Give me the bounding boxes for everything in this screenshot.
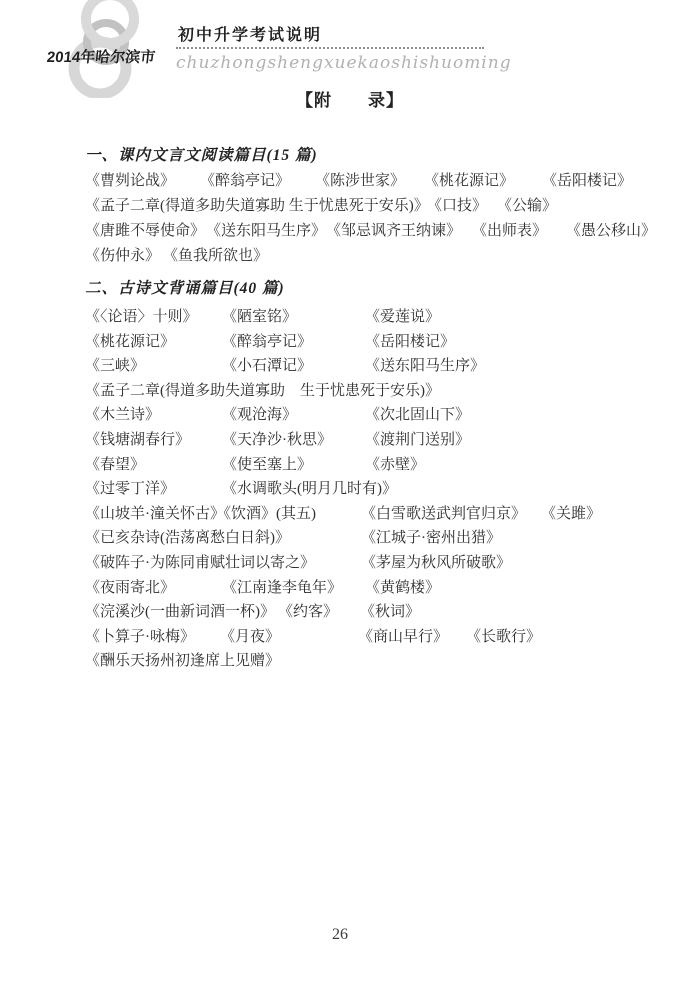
booklist-item: 《水调歌头(明月几时有)》: [222, 477, 397, 502]
booklist-item: 《岳阳楼记》: [365, 330, 455, 355]
booklist-item: 《送东阳马生序》: [206, 219, 326, 244]
booklist-item: 《赤壁》: [365, 453, 425, 478]
booklist-item: 《陋室铭》: [222, 305, 365, 330]
list-row: 《〈论语〉十则》 《陋室铭》 《爱莲说》: [85, 305, 680, 330]
document-title: 初中升学考试说明: [178, 22, 322, 45]
list-row: 《山坡羊·潼关怀古》 《饮酒》(其五) 《白雪歌送武判官归京》 《关雎》: [85, 502, 680, 527]
list-row: 《孟子二章(得道多助失道寡助 生于忧患死于安乐)》 《口技》 《公输》: [85, 194, 680, 219]
booklist-item: 《孟子二章(得道多助失道寡助 生于忧患死于安乐)》: [85, 379, 440, 404]
section1-heading: 一、课内文言文阅读篇目(15 篇): [85, 143, 318, 165]
booklist-item: 《商山早行》: [358, 625, 466, 650]
list-row: 《唐雎不辱使命》 《送东阳马生序》 《邹忌讽齐王纳谏》 《出师表》 《愚公移山》: [85, 219, 680, 244]
booklist-item: 《秋词》: [360, 600, 420, 625]
list-row: 《过零丁洋》 《水调歌头(明月几时有)》: [85, 477, 680, 502]
list-row: 《伤仲永》 《鱼我所欲也》: [85, 244, 680, 269]
booklist-item: 《春望》: [85, 453, 222, 478]
booklist-item: 《江南逢李龟年》: [222, 576, 365, 601]
booklist-item: 《夜雨寄北》: [85, 576, 222, 601]
booklist-item: 《出师表》: [472, 219, 566, 244]
booklist-item: 《愚公移山》: [566, 219, 656, 244]
booklist-item: 《山坡羊·潼关怀古》: [85, 502, 216, 527]
page-number: 26: [0, 926, 680, 944]
list-row: 《酬乐天扬州初逢席上见赠》: [85, 649, 680, 674]
booklist-item: 《岳阳楼记》: [542, 169, 632, 194]
booklist-item: 《茅屋为秋风所破歌》: [361, 551, 511, 576]
list-row: 《破阵子·为陈同甫赋壮词以寄之》 《茅屋为秋风所破歌》: [85, 551, 680, 576]
dotted-divider: [176, 47, 484, 49]
booklist-item: 《小石潭记》: [222, 354, 365, 379]
booklist-item: 《破阵子·为陈同甫赋壮词以寄之》: [85, 551, 361, 576]
booklist-item: 《伤仲永》: [85, 244, 163, 269]
list-row: 《木兰诗》 《观沧海》 《次北固山下》: [85, 403, 680, 428]
booklist-item: 《过零丁洋》: [85, 477, 222, 502]
classical-reading-list: 《曹刿论战》 《醉翁亭记》 《陈涉世家》 《桃花源记》 《岳阳楼记》 《孟子二章…: [85, 169, 680, 269]
appendix-title: 【附 录】: [0, 86, 700, 111]
booklist-item: 《钱塘湖春行》: [85, 428, 222, 453]
list-row: 《春望》 《使至塞上》 《赤壁》: [85, 453, 680, 478]
list-row: 《孟子二章(得道多助失道寡助 生于忧患死于安乐)》: [85, 379, 680, 404]
list-row: 《桃花源记》 《醉翁亭记》 《岳阳楼记》: [85, 330, 680, 355]
section2-heading: 二、古诗文背诵篇目(40 篇): [85, 276, 285, 298]
booklist-item: 《渡荆门送别》: [365, 428, 470, 453]
booklist-item: 《邹忌讽齐王纳谏》: [326, 219, 472, 244]
booklist-item: 《公输》: [497, 194, 557, 219]
booklist-item: 《送东阳马生序》: [365, 354, 485, 379]
booklist-item: 《桃花源记》: [424, 169, 542, 194]
booklist-item: 《观沧海》: [222, 403, 365, 428]
booklist-item: 《〈论语〉十则》: [85, 305, 222, 330]
booklist-item: 《次北固山下》: [365, 403, 470, 428]
pinyin-subtitle: chuzhongshengxuekaoshishuoming: [176, 53, 512, 73]
booklist-item: 《爱莲说》: [365, 305, 440, 330]
booklist-item: 《桃花源记》: [85, 330, 222, 355]
booklist-item: 《酬乐天扬州初逢席上见赠》: [85, 649, 280, 674]
booklist-item: 《孟子二章(得道多助失道寡助 生于忧患死于安乐)》: [85, 194, 427, 219]
booklist-item: 《约客》: [278, 600, 360, 625]
booklist-item: 《曹刿论战》: [85, 169, 200, 194]
booklist-item: 《浣溪沙(一曲新词酒一杯)》: [85, 600, 278, 625]
booklist-item: 《醉翁亭记》: [200, 169, 315, 194]
booklist-item: 《关雎》: [541, 502, 601, 527]
booklist-item: 《饮酒》(其五): [216, 502, 361, 527]
booklist-item: 《鱼我所欲也》: [163, 244, 268, 269]
list-row: 《卜算子·咏梅》 《月夜》 《商山早行》 《长歌行》: [85, 625, 680, 650]
booklist-item: 《使至塞上》: [222, 453, 365, 478]
list-row: 《三峡》 《小石潭记》 《送东阳马生序》: [85, 354, 680, 379]
booklist-item: 《天净沙·秋思》: [222, 428, 365, 453]
recitation-list: 《〈论语〉十则》 《陋室铭》 《爱莲说》 《桃花源记》 《醉翁亭记》 《岳阳楼记…: [85, 305, 680, 674]
booklist-item: 《唐雎不辱使命》: [85, 219, 206, 244]
booklist-item: 《白雪歌送武判官归京》: [361, 502, 541, 527]
booklist-item: 《三峡》: [85, 354, 222, 379]
booklist-item: 《月夜》: [220, 625, 358, 650]
list-row: 《钱塘湖春行》 《天净沙·秋思》 《渡荆门送别》: [85, 428, 680, 453]
edition-label: 2014年哈尔滨市: [46, 46, 178, 67]
booklist-item: 《醉翁亭记》: [222, 330, 365, 355]
booklist-item: 《陈涉世家》: [315, 169, 424, 194]
booklist-item: 《卜算子·咏梅》: [85, 625, 220, 650]
list-row: 《已亥杂诗(浩荡离愁白日斜)》 《江城子·密州出猎》: [85, 526, 680, 551]
list-row: 《夜雨寄北》 《江南逢李龟年》 《黄鹤楼》: [85, 576, 680, 601]
list-row: 《曹刿论战》 《醉翁亭记》 《陈涉世家》 《桃花源记》 《岳阳楼记》: [85, 169, 680, 194]
booklist-item: 《已亥杂诗(浩荡离愁白日斜)》: [85, 526, 361, 551]
booklist-item: 《木兰诗》: [85, 403, 222, 428]
list-row: 《浣溪沙(一曲新词酒一杯)》 《约客》 《秋词》: [85, 600, 680, 625]
booklist-item: 《长歌行》: [466, 625, 541, 650]
booklist-item: 《黄鹤楼》: [365, 576, 440, 601]
booklist-item: 《江城子·密州出猎》: [361, 526, 501, 551]
booklist-item: 《口技》: [427, 194, 497, 219]
